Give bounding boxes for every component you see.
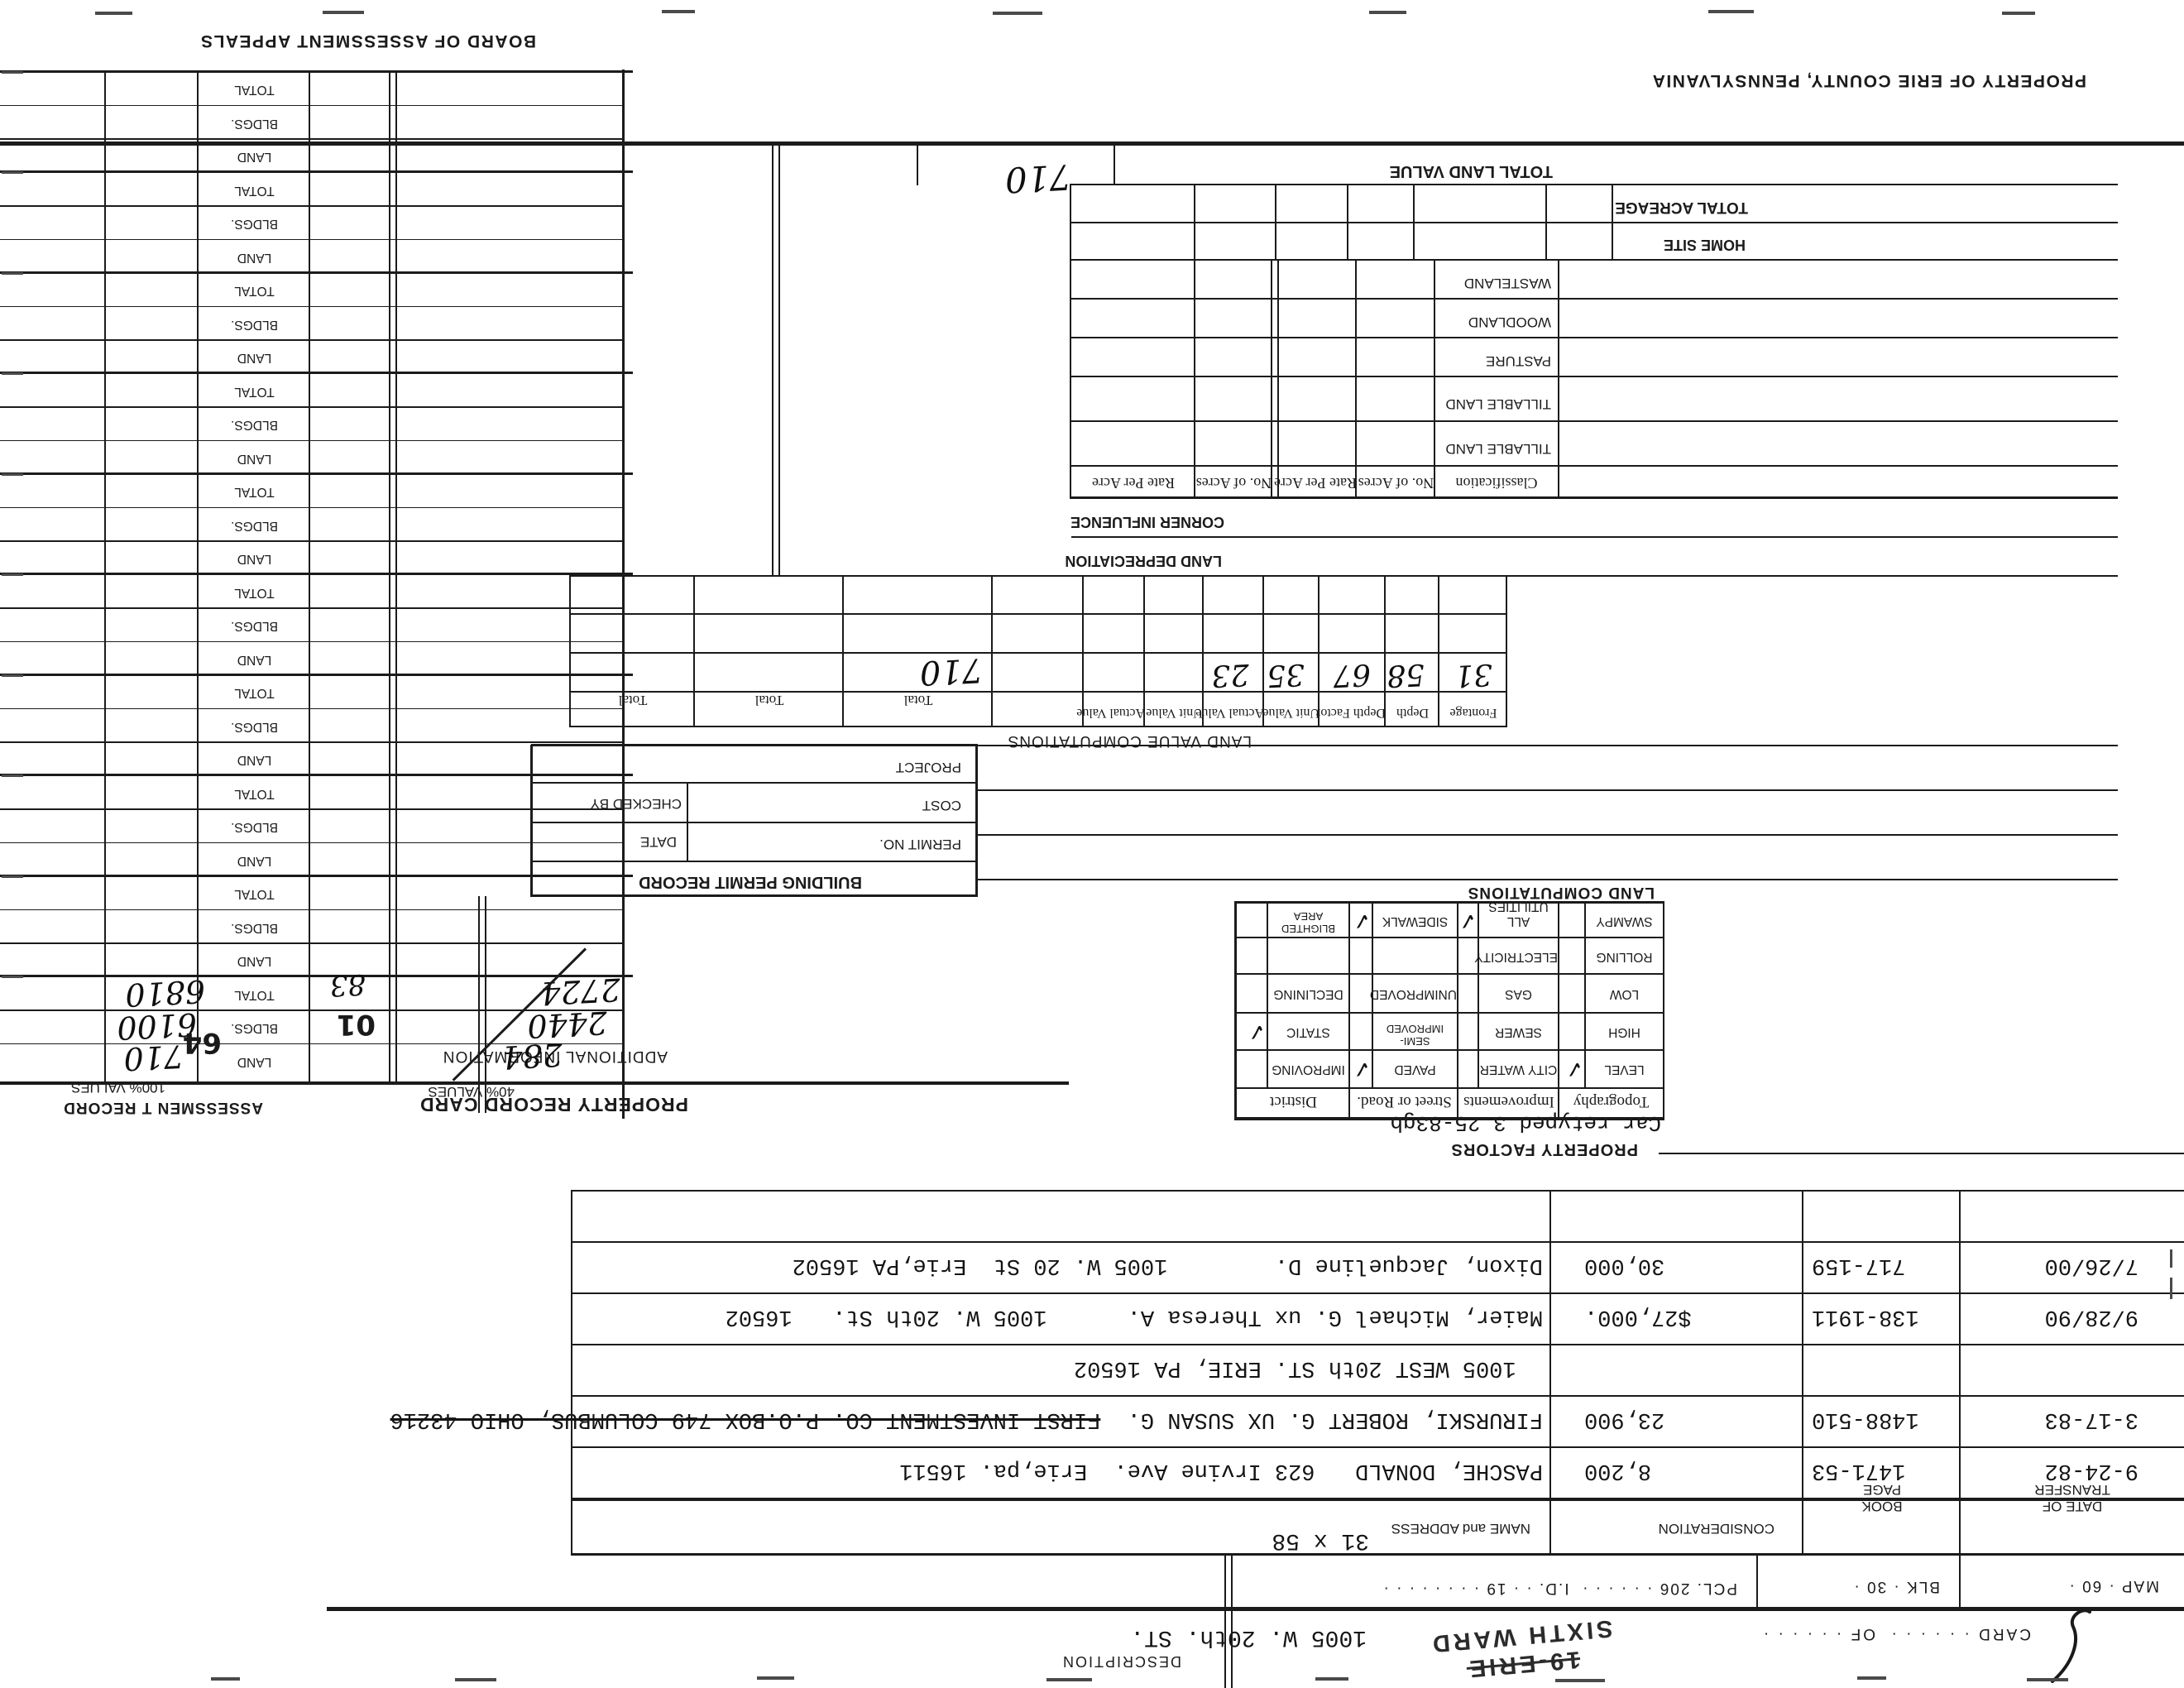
assessment-row-rule [0,943,625,945]
rule-h-31 [1071,337,2118,338]
assessment-row-label-land: LAND [199,150,310,165]
rule-v-10 [1558,902,1559,1120]
assessment-row-label-land: LAND [199,250,310,265]
rule-h-41 [531,782,978,784]
factor-checkmark: ✓ [1350,1055,1372,1083]
classification-row-label: WASTELAND [1464,275,1551,291]
lvc-total-header-1: Total [695,692,844,708]
factor-item-label: SWAMPY [1586,914,1663,928]
rule-v-11 [1478,902,1479,1089]
retyped-note: Car retyped 3 25-83gb [1390,1110,1661,1135]
rule-v-49 [1070,184,1071,261]
rule-v-16 [1234,902,1237,1120]
rule-h-25 [569,575,2118,577]
lvc-total-header-0: Total [844,692,993,708]
rule-h-33 [1071,259,2118,261]
factor-item-label: UNIMPROVED [1373,987,1457,1002]
total-land-value-label: TOTAL LAND VALUE [1390,161,1553,180]
project-label: PROJECT [896,759,961,775]
value-100-total: 6810 [124,972,206,1013]
lvc-value-0: 31 [1454,657,1493,693]
rule-h-29 [1071,420,2118,422]
assessment-row-rule [0,372,633,375]
transfer-book-page: 138-1911 [1812,1304,1973,1329]
rule-v-2 [1231,1554,1233,1688]
factor-col-header-3: District [1237,1092,1350,1110]
assessment-row-label-land: LAND [199,853,310,868]
rule-v-34 [778,144,780,575]
rule-v-47 [1275,184,1276,261]
rule-h-34 [1071,222,2118,223]
rule-v-6 [1549,1190,1551,1556]
rule-h-15 [1234,937,1664,938]
assessment-row-rule [0,440,625,442]
factor-checkmark: ✓ [1350,907,1372,935]
edge-tick [2,373,23,376]
scan-artifact [1857,1676,1886,1680]
assessment-row-label-bldgs: BLDGS. [199,619,310,634]
assessment-row-label-bldgs: BLDGS. [199,719,310,734]
rule-v-40 [1271,259,1272,499]
assessment-row-rule [0,774,633,777]
factor-item-label: LEVEL [1586,1062,1663,1077]
transfer-name-address: 1005 WEST 20th ST. ERIE, PA 16502 [1074,1355,1543,1380]
assessment-row-rule [0,573,633,576]
card-rotated-content: CARD · · · · · · OF · · · · · · 19-ERIE … [0,0,2184,1688]
rule-h-9 [1659,1153,2184,1154]
rule-v-51 [917,144,918,185]
date-stamp-left: 01 [337,1008,376,1041]
property-factors-title: PROPERTY FACTORS [1451,1139,1638,1158]
rule-h-16 [1234,901,1664,904]
assessment-row-rule [0,206,625,208]
rule-h-40 [531,822,978,823]
rule-v-21 [478,896,480,1113]
rule-h-10 [1234,1117,1664,1120]
scan-artifact [993,12,1042,15]
scan-artifact [2170,1249,2172,1268]
assessment-row-label-total: TOTAL [199,384,310,399]
lvc-value-4: 23 [1210,657,1250,693]
rule-h-17 [976,879,2118,880]
factor-checkmark: ✓ [1456,907,1478,935]
county-masthead: PROPERTY OF ERIE COUNTY, PENNSYLVANIA [1651,70,2086,90]
scan-artifact [1369,11,1406,14]
classification-row-label: PASTURE [1486,352,1551,369]
transfer-date: 3-17-83 [2045,1407,2138,1431]
rule-v-41 [1194,259,1195,499]
lvc-title: LAND VALUE COMPUTATIONS [1008,731,1252,750]
assessment-row-rule [0,139,625,141]
rule-h-22 [569,691,1507,693]
factor-item-label: LOW [1586,987,1663,1002]
assessment-row-rule [0,674,633,676]
rule-v-42 [1070,259,1071,499]
transfer-consideration: 23,900 [1584,1407,1770,1431]
rule-v-4 [1959,1190,1961,1556]
scan-artifact [1555,1679,1605,1682]
transfer-consideration: $27,000. [1584,1304,1770,1329]
rule-v-30 [991,575,993,727]
rule-h-39 [531,861,978,862]
total-land-value-amount: 710 [1004,156,1073,200]
classification-row-label: TILLABLE LAND [1445,440,1551,457]
rule-v-43 [1612,184,1613,261]
rule-v-17 [975,745,978,897]
assessment-row-label-bldgs: BLDGS. [199,518,310,533]
assessment-row-label-land: LAND [199,351,310,366]
struck-address: FIRST INVESTMENT CO. P.O.BOX 749 COLUMBU… [390,1407,1101,1431]
rule-h-3 [571,1446,2184,1448]
rule-v-29 [1082,575,1084,727]
scan-artifact [757,1676,794,1680]
card-of-leader: CARD · · · · · · OF · · · · · · [1761,1624,2031,1642]
rule-v-14 [1348,902,1350,1120]
edge-tick [2,674,23,677]
edge-tick [2,71,23,74]
assessment-row-label-total: TOTAL [199,686,310,701]
transfer-consideration: 30,000 [1584,1253,1770,1278]
rule-v-23 [1438,575,1439,727]
value-40-total: 2724 [539,971,621,1011]
assessment-row-label-total: TOTAL [199,585,310,600]
transfer-date: 9/28/90 [2045,1304,2138,1329]
pcl-id-cell: PCL. 206 · · · · · · I.D. · · 19 · · · ·… [1382,1579,1737,1597]
values-40-label: 40% VALUES [428,1083,515,1100]
date-stamp-right: 64 [183,1026,222,1059]
classification-header-3: No. of Acres [1195,474,1272,492]
rule-h-4 [571,1395,2184,1397]
col-header-consideration: CONSIDERATION [1659,1520,1774,1537]
rule-h-28 [1071,465,2118,467]
assessment-row-rule [0,105,625,107]
factor-col-header-2: Street or Road. [1350,1092,1458,1110]
rule-h-19 [976,789,2118,791]
rule-v-13 [1372,902,1373,1089]
rule-h-14 [1234,973,1664,975]
rule-v-1 [1756,1555,1758,1609]
transfer-name-address: Maier, Michael G. ux Theresa A. 1005 W. … [726,1304,1543,1329]
rule-v-55 [309,70,310,1081]
rule-v-44 [1545,184,1547,261]
factor-item-label: IMPROVING [1268,1062,1348,1077]
factor-item-label: DECLINING [1268,987,1348,1002]
edge-tick [2,976,23,979]
total-acreage-label: TOTAL ACREAGE [1615,198,1748,216]
factor-item-label: ROLLING [1586,949,1663,964]
rule-h-37 [0,1081,1069,1085]
rule-v-19 [687,782,688,862]
corner-influence-label: CORNER INFLUENCE [1070,513,1224,530]
rule-h-13 [1234,1012,1664,1014]
assessment-row-rule [0,976,633,978]
home-site-label: HOME SITE [1664,236,1746,253]
scan-artifact [1046,1678,1092,1681]
col-header-name-address: NAME and ADDRESS [1391,1520,1530,1537]
assessment-row-rule [0,608,625,610]
map-cell: MAP · 60 · [2068,1576,2159,1594]
rule-v-15 [1267,902,1268,1089]
transfer-consideration: 8,200 [1584,1458,1770,1483]
lvc-header-0: Frontage [1439,705,1507,720]
lvc-total-value: 710 [918,650,984,692]
rule-h-6 [571,1292,2184,1294]
building-permit-title: BUILDING PERMIT RECORD [639,872,862,891]
factor-item-label: HIGH [1586,1025,1663,1040]
rule-v-25 [1318,575,1319,727]
scan-artifact [2027,1678,2068,1681]
rule-v-50 [1114,144,1115,185]
transfer-book-page: 1471-53 [1812,1458,1973,1483]
assessment-row-label-bldgs: BLDGS. [199,820,310,835]
rule-h-5 [571,1344,2184,1345]
edge-tick [2,875,23,878]
transfer-name-address: FIRURSKI, ROBERT G. UX SUSAN G. FIRST IN… [390,1407,1543,1431]
factor-item-label: SEWER [1479,1025,1558,1040]
permit-date-label: DATE [640,833,677,850]
rule-h-8 [571,1190,2184,1192]
factor-item-label: SEMI- IMPROVED [1373,1023,1457,1048]
factor-item-label: BLIGHTED AREA [1268,910,1348,935]
rule-v-31 [842,575,844,727]
assessment-row-label-bldgs: BLDGS. [199,418,310,433]
classification-header-1: No. of Acres [1357,474,1435,492]
scan-artifact [323,11,364,14]
edge-tick [2,172,23,175]
ward-stamp: 19-ERIE SIXTH WARD [1355,1608,1689,1688]
rule-v-37 [1434,259,1435,499]
edge-tick [2,775,23,778]
rule-h-23 [569,652,1507,654]
rule-v-18 [530,745,533,897]
assessment-row-rule [0,507,625,509]
land-computations-title: LAND COMPUTATIONS [1468,883,1655,901]
assessment-row-label-land: LAND [199,652,310,667]
board-masthead: BOARD OF ASSESSMENT APPEALS [200,31,536,50]
rule-h-20 [976,745,2118,746]
permit-no-label: PERMIT NO. [879,836,961,852]
lvc-value-3: 35 [1266,657,1305,693]
factor-item-label: ELECTRICITY [1479,949,1558,964]
rule-v-36 [1558,259,1559,499]
rule-h-7 [571,1241,2184,1243]
factor-item-label: SIDEWALK [1373,914,1457,928]
lot-dimensions: 31 x 58 [1272,1527,1369,1553]
scan-artifact [2170,1278,2172,1299]
factor-item-label: GAS [1479,987,1558,1002]
classification-header-2: Rate Per Acre [1279,474,1357,492]
rule-v-8 [1663,902,1664,1120]
rule-h-2 [571,1498,2184,1501]
lvc-total-header-2: Total [571,692,695,708]
classification-row-label: WOODLAND [1468,314,1551,330]
land-depreciation-label: LAND DEPRECIATION [1065,552,1222,569]
assessment-row-rule [0,340,625,342]
rule-v-9 [1584,902,1586,1089]
assessment-row-rule [0,641,625,643]
rule-v-0 [1959,1555,1961,1609]
assessment-row-label-land: LAND [199,954,310,969]
transfer-name-address: Dixon, Jacqueline D. 1005 W. 20 St Erie,… [793,1253,1543,1278]
assessment-row-label-total: TOTAL [199,485,310,500]
assessment-row-label-land: LAND [199,753,310,768]
rule-v-33 [569,575,571,727]
classification-row-label: TILLABLE LAND [1445,396,1551,412]
description-label: DESCRIPTION [1061,1652,1181,1670]
transfer-date: 7/26/00 [2045,1253,2138,1278]
rule-v-24 [1384,575,1386,727]
rule-v-46 [1347,184,1348,261]
scan-artifact [95,12,132,15]
transfer-book-page: 717-159 [1812,1253,1973,1278]
assessment-row-label-total: TOTAL [199,987,310,1002]
classification-header-4: Rate Per Acre [1071,474,1195,492]
rule-v-7 [571,1190,572,1556]
assessment-row-label-land: LAND [199,552,310,567]
blk-cell: BLK · 30 · [1852,1577,1940,1595]
edge-tick [2,473,23,476]
factor-col-header-1: Improvements [1458,1092,1559,1110]
lvc-header-5: Unit Value [1145,705,1204,720]
scan-artifact [455,1678,496,1681]
rule-h-11 [1234,1087,1664,1089]
assessment-row-rule [0,171,633,174]
rule-v-54 [389,70,390,1081]
rule-v-48 [1194,184,1195,261]
lvc-header-6: Actual Value [1084,705,1145,720]
rule-h-26 [1071,536,2118,538]
scan-artifact [211,1677,240,1681]
rule-h-1 [571,1553,2184,1556]
permit-cost-label: COST [922,797,961,813]
scan-artifact [662,10,695,13]
edge-tick [2,574,23,577]
rule-h-38 [531,894,978,897]
assessment-row-label-total: TOTAL [199,284,310,299]
rule-v-20 [485,896,486,1113]
assessment-row-rule [0,306,625,308]
rule-h-0 [327,1607,2184,1611]
rule-v-38 [1355,259,1357,499]
year-handwritten: 83 [329,967,366,1002]
rule-h-21 [569,726,1507,727]
assessment-row-rule [0,742,625,744]
assessment-row-rule [0,407,625,409]
rule-h-27 [1071,496,2118,499]
assessment-row-label-total: TOTAL [199,183,310,198]
rule-v-12 [1457,902,1458,1120]
description-value: 1005 W. 20th. ST. [1130,1624,1367,1650]
rule-v-28 [1143,575,1145,727]
classification-header-0: Classification [1435,474,1558,492]
assessment-row-label-total: TOTAL [199,83,310,98]
assessment-row-rule [0,271,633,274]
rule-v-27 [1202,575,1204,727]
rule-v-22 [1506,575,1507,727]
assessment-row-rule [0,708,625,710]
assessment-row-label-bldgs: BLDGS. [199,317,310,332]
handwritten-mark [2032,1604,2098,1686]
lvc-header-2: Depth Factor [1319,705,1386,720]
rule-h-32 [1071,298,2118,300]
assessment-row-label-total: TOTAL [199,786,310,801]
scan-artifact [2002,12,2035,15]
assessment-row-rule [0,239,625,241]
factor-item-label: STATIC [1268,1025,1348,1040]
rule-v-26 [1262,575,1264,727]
assessment-row-label-bldgs: BLDGS. [199,217,310,232]
factor-item-label: PAVED [1373,1062,1457,1077]
scan-artifact [1315,1677,1348,1681]
assessment-row-rule [0,909,625,911]
scanned-property-record-card: CARD · · · · · · OF · · · · · · 19-ERIE … [0,0,2184,1688]
rule-v-56 [197,70,199,1081]
rule-h-24 [569,613,1507,615]
assessment-row-rule [0,541,625,543]
rule-v-39 [1277,259,1279,499]
factor-checkmark: ✓ [1563,1055,1585,1083]
rule-v-3 [1224,1554,1226,1688]
transfer-name-address: PASCHE, DONALD 623 Irvine Ave. Erie,pa. … [899,1458,1543,1483]
rule-h-12 [1234,1049,1664,1051]
edge-tick [2,272,23,275]
assessment-record-title: ASSESSMEN T RECORD [63,1098,263,1116]
rule-v-32 [693,575,695,727]
assessment-row-label-total: TOTAL [199,887,310,902]
lvc-value-2: 67 [1332,657,1372,693]
rule-v-45 [1413,184,1415,261]
rule-v-5 [1802,1190,1803,1556]
rule-h-18 [976,834,2118,836]
rule-h-36 [0,141,2184,146]
rule-v-35 [772,144,773,575]
assessment-row-rule [0,472,633,475]
transfer-date: 9-24-82 [2045,1458,2138,1483]
transfer-book-page: 1488-510 [1812,1407,1973,1431]
rule-h-35 [1071,184,2118,185]
lvc-header-1: Depth [1386,705,1439,720]
assessment-row-label-bldgs: BLDGS. [199,920,310,935]
lvc-header-3: Unit Value [1264,705,1319,720]
assessment-row-label-bldgs: BLDGS. [199,116,310,131]
factor-item-label: CITY WATER [1479,1062,1558,1077]
rule-v-53 [395,70,397,1081]
rule-v-57 [104,70,106,1081]
assessment-row-rule [0,875,633,877]
lvc-value-1: 58 [1386,657,1425,693]
scan-artifact [1708,10,1754,13]
assessment-row-label-land: LAND [199,451,310,466]
rule-h-42 [531,744,978,746]
factor-col-header-0: Topography [1559,1092,1663,1110]
rule-h-30 [1071,376,2118,377]
factor-checkmark: ✓ [1245,1018,1267,1046]
assessment-row-rule [0,70,633,73]
rule-v-52 [622,70,625,1119]
lvc-header-4: Actual Value [1204,705,1264,720]
